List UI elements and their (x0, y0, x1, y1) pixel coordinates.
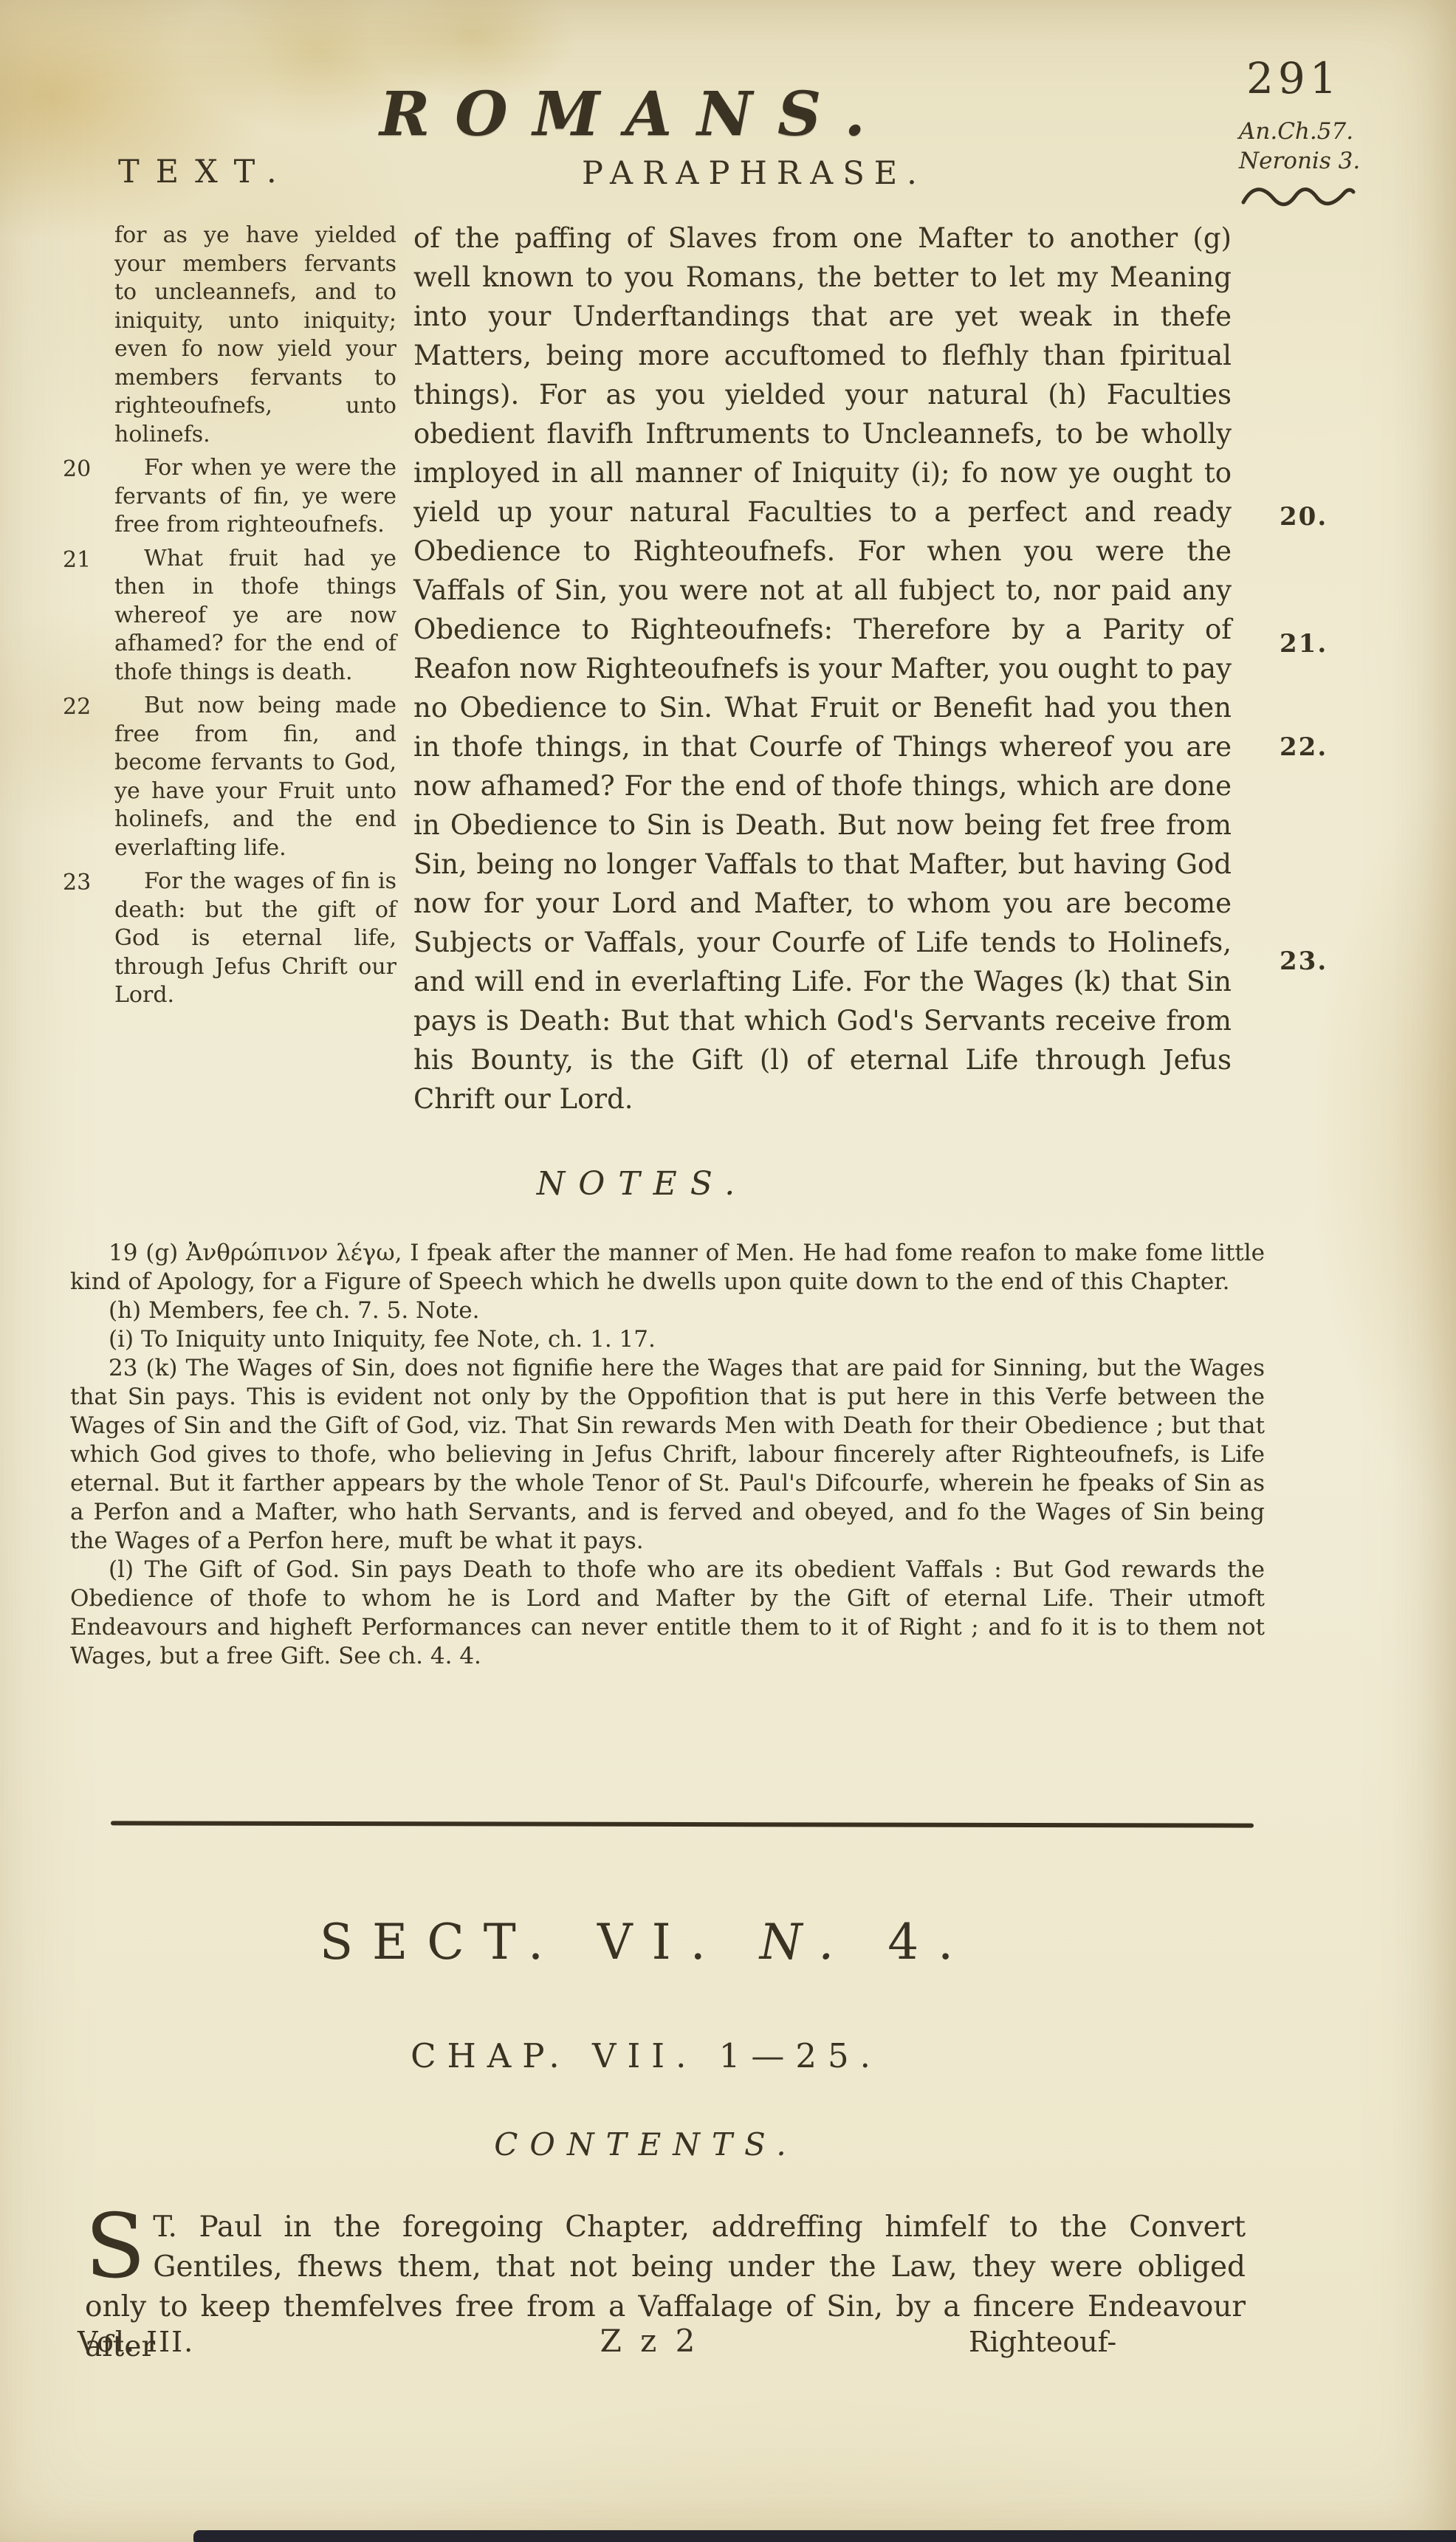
verse-19-text: for as ye have yielded your members ferv… (114, 222, 396, 447)
margin-note-line2: Neronis 3. (1239, 146, 1409, 176)
sect-n-label: N. (760, 1914, 854, 1971)
verse-20: 20For when ye were the fervants of fin, … (114, 454, 396, 540)
drop-cap: S (85, 2208, 153, 2281)
verse-19: for as ye have yielded your members ferv… (114, 221, 396, 449)
printer-signature: Z z 2 (569, 2323, 731, 2359)
note-i: (i) To Iniquity unto Iniquity, fee Note,… (70, 1325, 1265, 1354)
notes-heading: NOTES. (487, 1165, 797, 1203)
volume-label: Vol. III. (78, 2326, 194, 2358)
verse-22-text: But now being made free from fin, and be… (114, 693, 396, 861)
contents-heading: CONTENTS. (222, 2126, 1071, 2163)
paraphrase-column-heading: PARAPHRASE. (582, 155, 927, 192)
margin-verse-number-20: 20. (1280, 502, 1328, 532)
margin-verse-number-21: 21. (1280, 629, 1328, 659)
chapter-heading: CHAP. VII. 1—25. (222, 2036, 1071, 2075)
scripture-text-column: for as ye have yielded your members ferv… (114, 221, 396, 1015)
margin-note-line1: An.Ch.57. (1239, 117, 1409, 146)
section-heading: SECT. VI. N. 4. (222, 1914, 1071, 1971)
verse-22: 22But now being made free from fin, and … (114, 692, 396, 862)
margin-verse-number-23: 23. (1280, 947, 1328, 976)
scan-edge-band (193, 2530, 1456, 2542)
verse-20-text: For when ye were the fervants of fin, ye… (114, 455, 396, 537)
sect-label: SECT. VI. (320, 1914, 725, 1971)
verse-21: 21What fruit had ye then in thofe things… (114, 545, 396, 687)
notes-section: 19 (g) Ἀνθρώπινον λέγω, I fpeak after th… (70, 1239, 1265, 1671)
sect-number: 4. (887, 1914, 972, 1971)
paraphrase-text: of the paffing of Slaves from one Mafter… (413, 219, 1232, 1119)
verse-22-number: 22 (63, 693, 91, 722)
margin-date-note: An.Ch.57. Neronis 3. (1239, 117, 1409, 219)
margin-verse-number-22: 22. (1280, 732, 1328, 762)
book-page: ROMANS. 291 An.Ch.57. Neronis 3. TEXT. P… (0, 0, 1456, 2542)
verse-21-text: What fruit had ye then in thofe things w… (114, 546, 396, 685)
note-h: (h) Members, fee ch. 7. 5. Note. (70, 1296, 1265, 1325)
verse-23-text: For the wages of fin is death: but the g… (114, 868, 396, 1008)
verse-20-number: 20 (63, 456, 91, 484)
text-column-heading: TEXT. (118, 154, 293, 190)
flourish-icon (1239, 180, 1357, 211)
note-19g: 19 (g) Ἀνθρώπινον λέγω, I fpeak after th… (70, 1239, 1265, 1296)
paraphrase-column: of the paffing of Slaves from one Mafter… (413, 219, 1232, 1119)
note-l: (l) The Gift of God. Sin pays Death to t… (70, 1556, 1265, 1671)
verse-23-number: 23 (63, 869, 91, 898)
verse-23: 23For the wages of fin is death: but the… (114, 868, 396, 1010)
section-divider-rule (111, 1821, 1254, 1827)
page-number: 291 (1246, 53, 1342, 103)
page-title: ROMANS. (310, 79, 960, 150)
verse-21-number: 21 (63, 546, 91, 575)
catchword: Righteouf- (969, 2326, 1116, 2358)
note-23k: 23 (k) The Wages of Sin, does not fignif… (70, 1354, 1265, 1556)
